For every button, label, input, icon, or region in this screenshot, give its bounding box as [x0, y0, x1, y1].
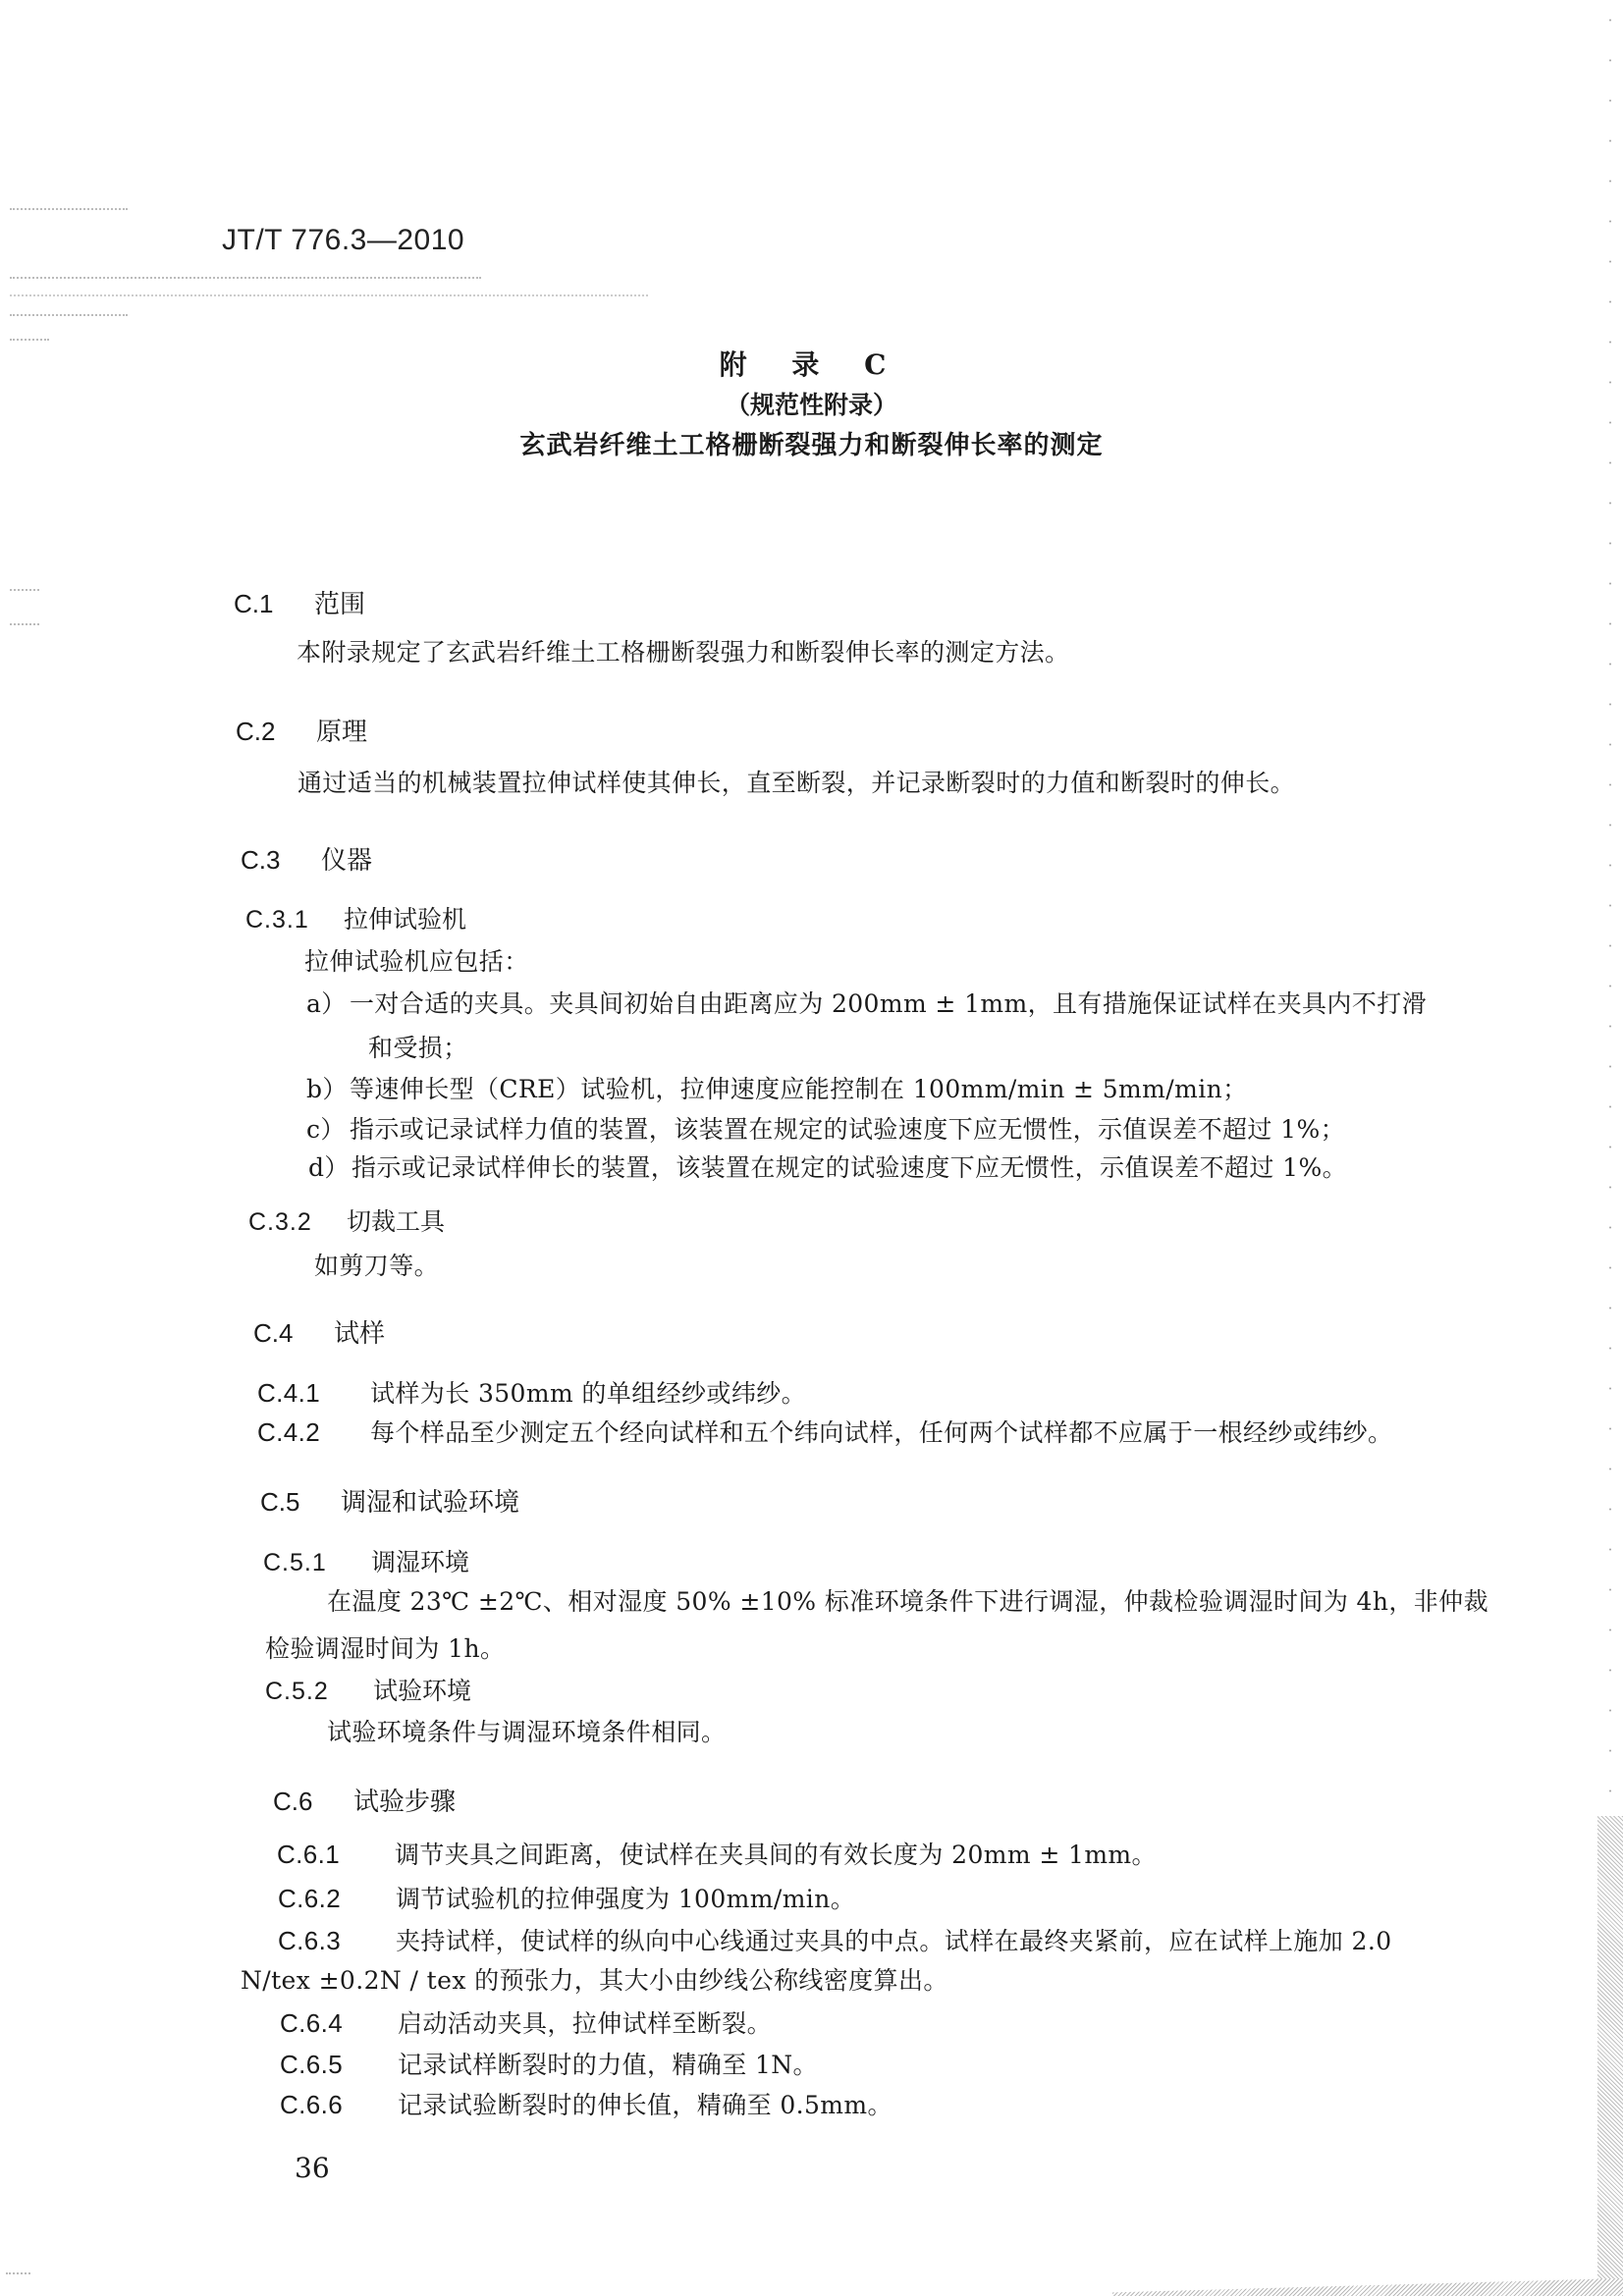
- scan-artifact-dots: [10, 277, 481, 279]
- page-edge-shadow: [1597, 1816, 1623, 2296]
- step-number: C.6.4: [280, 2008, 398, 2039]
- list-item-text: 等速伸长型（CRE）试验机，拉伸速度应能控制在 100mm/min ± 5mm/…: [350, 1075, 1248, 1103]
- step-c62: C.6.2调节试验机的拉伸强度为 100mm/min。: [278, 1880, 855, 1915]
- section-title: 范围: [314, 589, 365, 618]
- list-item-letter: c）: [306, 1110, 350, 1146]
- step-c63: C.6.3夹持试样，使试样的纵向中心线通过夹具的中点。试样在最终夹紧前，应在试样…: [278, 1922, 1392, 1957]
- subsection-title: 调湿环境: [371, 1548, 469, 1576]
- step-text: 夹持试样，使试样的纵向中心线通过夹具的中点。试样在最终夹紧前，应在试样上施加 2…: [396, 1927, 1392, 1955]
- scan-artifact-dots: [10, 623, 39, 625]
- step-number: C.6.6: [280, 2090, 398, 2120]
- c52-text: 试验环境条件与调湿环境条件相同。: [327, 1713, 726, 1748]
- c32-text: 如剪刀等。: [314, 1247, 439, 1282]
- scan-edge-specks: [1603, 0, 1617, 1816]
- step-c66: C.6.6记录试验断裂时的伸长值，精确至 0.5mm。: [280, 2086, 893, 2121]
- c51-text-line2: 检验调湿时间为 1h。: [265, 1629, 505, 1665]
- list-item-text: 一对合适的夹具。夹具间初始自由距离应为 200mm ± 1mm，且有措施保证试样…: [350, 989, 1427, 1018]
- list-item-letter: d）: [308, 1148, 352, 1184]
- section-heading-c1: C.1范围: [234, 584, 365, 620]
- step-number: C.6.3: [278, 1926, 396, 1956]
- step-c65: C.6.5记录试样断裂时的力值，精确至 1N。: [280, 2046, 818, 2081]
- section-number: C.6: [273, 1787, 353, 1817]
- list-item-d: d）指示或记录试样伸长的装置，该装置在规定的试验速度下应无惯性，示值误差不超过 …: [308, 1148, 1347, 1184]
- list-item-c: c）指示或记录试样力值的装置，该装置在规定的试验速度下应无惯性，示值误差不超过 …: [306, 1110, 1345, 1146]
- subsection-title: 拉伸试验机: [344, 905, 466, 934]
- section-number: C.1: [234, 589, 314, 619]
- section-title: 原理: [316, 717, 367, 746]
- subsection-heading-c32: C.3.2切裁工具: [248, 1202, 445, 1238]
- subsection-c42: C.4.2每个样品至少测定五个经向试样和五个纬向试样，任何两个试样都不应属于一根…: [257, 1414, 1392, 1449]
- c51-text-line1: 在温度 23℃ ±2℃、相对湿度 50% ±10% 标准环境条件下进行调湿，仲裁…: [327, 1582, 1488, 1618]
- document-code: JT/T 776.3—2010: [222, 224, 464, 257]
- step-text: 调节夹具之间距离，使试样在夹具间的有效长度为 20mm ± 1mm。: [395, 1841, 1157, 1869]
- section-number: C.4: [253, 1318, 334, 1349]
- scan-artifact-dots: [10, 339, 49, 341]
- list-item-text: 指示或记录试样伸长的装置，该装置在规定的试验速度下应无惯性，示值误差不超过 1%…: [352, 1153, 1347, 1182]
- subsection-number: C.4.2: [257, 1417, 370, 1448]
- subsection-number: C.5.2: [265, 1678, 373, 1706]
- scan-artifact-dots: [10, 314, 128, 316]
- step-c64: C.6.4启动活动夹具，拉伸试样至断裂。: [280, 2004, 772, 2040]
- section-title: 调湿和试验环境: [341, 1487, 519, 1517]
- section-title: 试验步骤: [353, 1787, 456, 1816]
- appendix-subject: 玄武岩纤维土工格栅断裂强力和断裂伸长率的测定: [0, 425, 1623, 461]
- subsection-title: 试验环境: [373, 1677, 471, 1705]
- section-heading-c2: C.2原理: [236, 712, 367, 748]
- section-title: 仪器: [321, 845, 372, 875]
- step-number: C.6.1: [277, 1840, 395, 1870]
- subsection-number: C.4.1: [257, 1378, 370, 1409]
- list-item-a: a）一对合适的夹具。夹具间初始自由距离应为 200mm ± 1mm，且有措施保证…: [306, 985, 1427, 1020]
- section-text-c1: 本附录规定了玄武岩纤维土工格栅断裂强力和断裂伸长率的测定方法。: [297, 633, 1069, 668]
- section-heading-c4: C.4试样: [253, 1313, 385, 1350]
- step-text: 记录试验断裂时的伸长值，精确至 0.5mm。: [398, 2091, 893, 2119]
- subsection-number: C.5.1: [263, 1549, 371, 1577]
- section-heading-c3: C.3仪器: [241, 840, 372, 877]
- scan-artifact-dots: [10, 589, 39, 591]
- step-number: C.6.2: [278, 1884, 396, 1914]
- section-heading-c6: C.6试验步骤: [273, 1782, 456, 1818]
- list-item-a-continuation: 和受损；: [368, 1029, 468, 1064]
- page-number: 36: [295, 2152, 330, 2184]
- subsection-number: C.3.2: [248, 1208, 347, 1237]
- subsection-heading-c31: C.3.1拉伸试验机: [245, 900, 466, 935]
- step-text: 启动活动夹具，拉伸试样至断裂。: [398, 2009, 772, 2038]
- appendix-title: 附 录 C: [0, 344, 1623, 383]
- section-number: C.5: [260, 1487, 341, 1518]
- scan-artifact-dots: [6, 2272, 30, 2274]
- step-text: 记录试样断裂时的力值，精确至 1N。: [398, 2051, 818, 2079]
- subsection-c41: C.4.1试样为长 350mm 的单组经纱或纬纱。: [257, 1374, 806, 1410]
- subsection-text: 试样为长 350mm 的单组经纱或纬纱。: [370, 1379, 806, 1408]
- step-c61: C.6.1调节夹具之间距离，使试样在夹具间的有效长度为 20mm ± 1mm。: [277, 1836, 1157, 1871]
- subsection-heading-c51: C.5.1调湿环境: [263, 1543, 469, 1578]
- page-bottom-shadow: [1112, 2278, 1623, 2296]
- section-text-c2: 通过适当的机械装置拉伸试样使其伸长，直至断裂，并记录断裂时的力值和断裂时的伸长。: [298, 764, 1295, 799]
- subsection-text: 每个样品至少测定五个经向试样和五个纬向试样，任何两个试样都不应属于一根经纱或纬纱…: [370, 1418, 1392, 1447]
- subsection-heading-c52: C.5.2试验环境: [265, 1672, 471, 1707]
- c31-intro: 拉伸试验机应包括：: [304, 942, 529, 978]
- step-c63-continuation: N/tex ±0.2N / tex 的预张力，其大小由纱线公称线密度算出。: [241, 1961, 948, 1997]
- scan-artifact-dots: [10, 208, 128, 210]
- list-item-b: b）等速伸长型（CRE）试验机，拉伸速度应能控制在 100mm/min ± 5m…: [306, 1070, 1248, 1105]
- scan-artifact-dots: [10, 294, 648, 296]
- section-title: 试样: [334, 1318, 385, 1348]
- section-number: C.3: [241, 845, 321, 876]
- list-item-letter: a）: [306, 985, 350, 1020]
- subsection-number: C.3.1: [245, 906, 344, 934]
- subsection-title: 切裁工具: [347, 1207, 445, 1236]
- section-heading-c5: C.5调湿和试验环境: [260, 1482, 519, 1519]
- section-number: C.2: [236, 717, 316, 747]
- list-item-text: 指示或记录试样力值的装置，该装置在规定的试验速度下应无惯性，示值误差不超过 1%…: [350, 1115, 1345, 1144]
- list-item-letter: b）: [306, 1070, 350, 1105]
- step-number: C.6.5: [280, 2050, 398, 2080]
- appendix-type: （规范性附录）: [0, 386, 1623, 421]
- step-text: 调节试验机的拉伸强度为 100mm/min。: [396, 1885, 855, 1913]
